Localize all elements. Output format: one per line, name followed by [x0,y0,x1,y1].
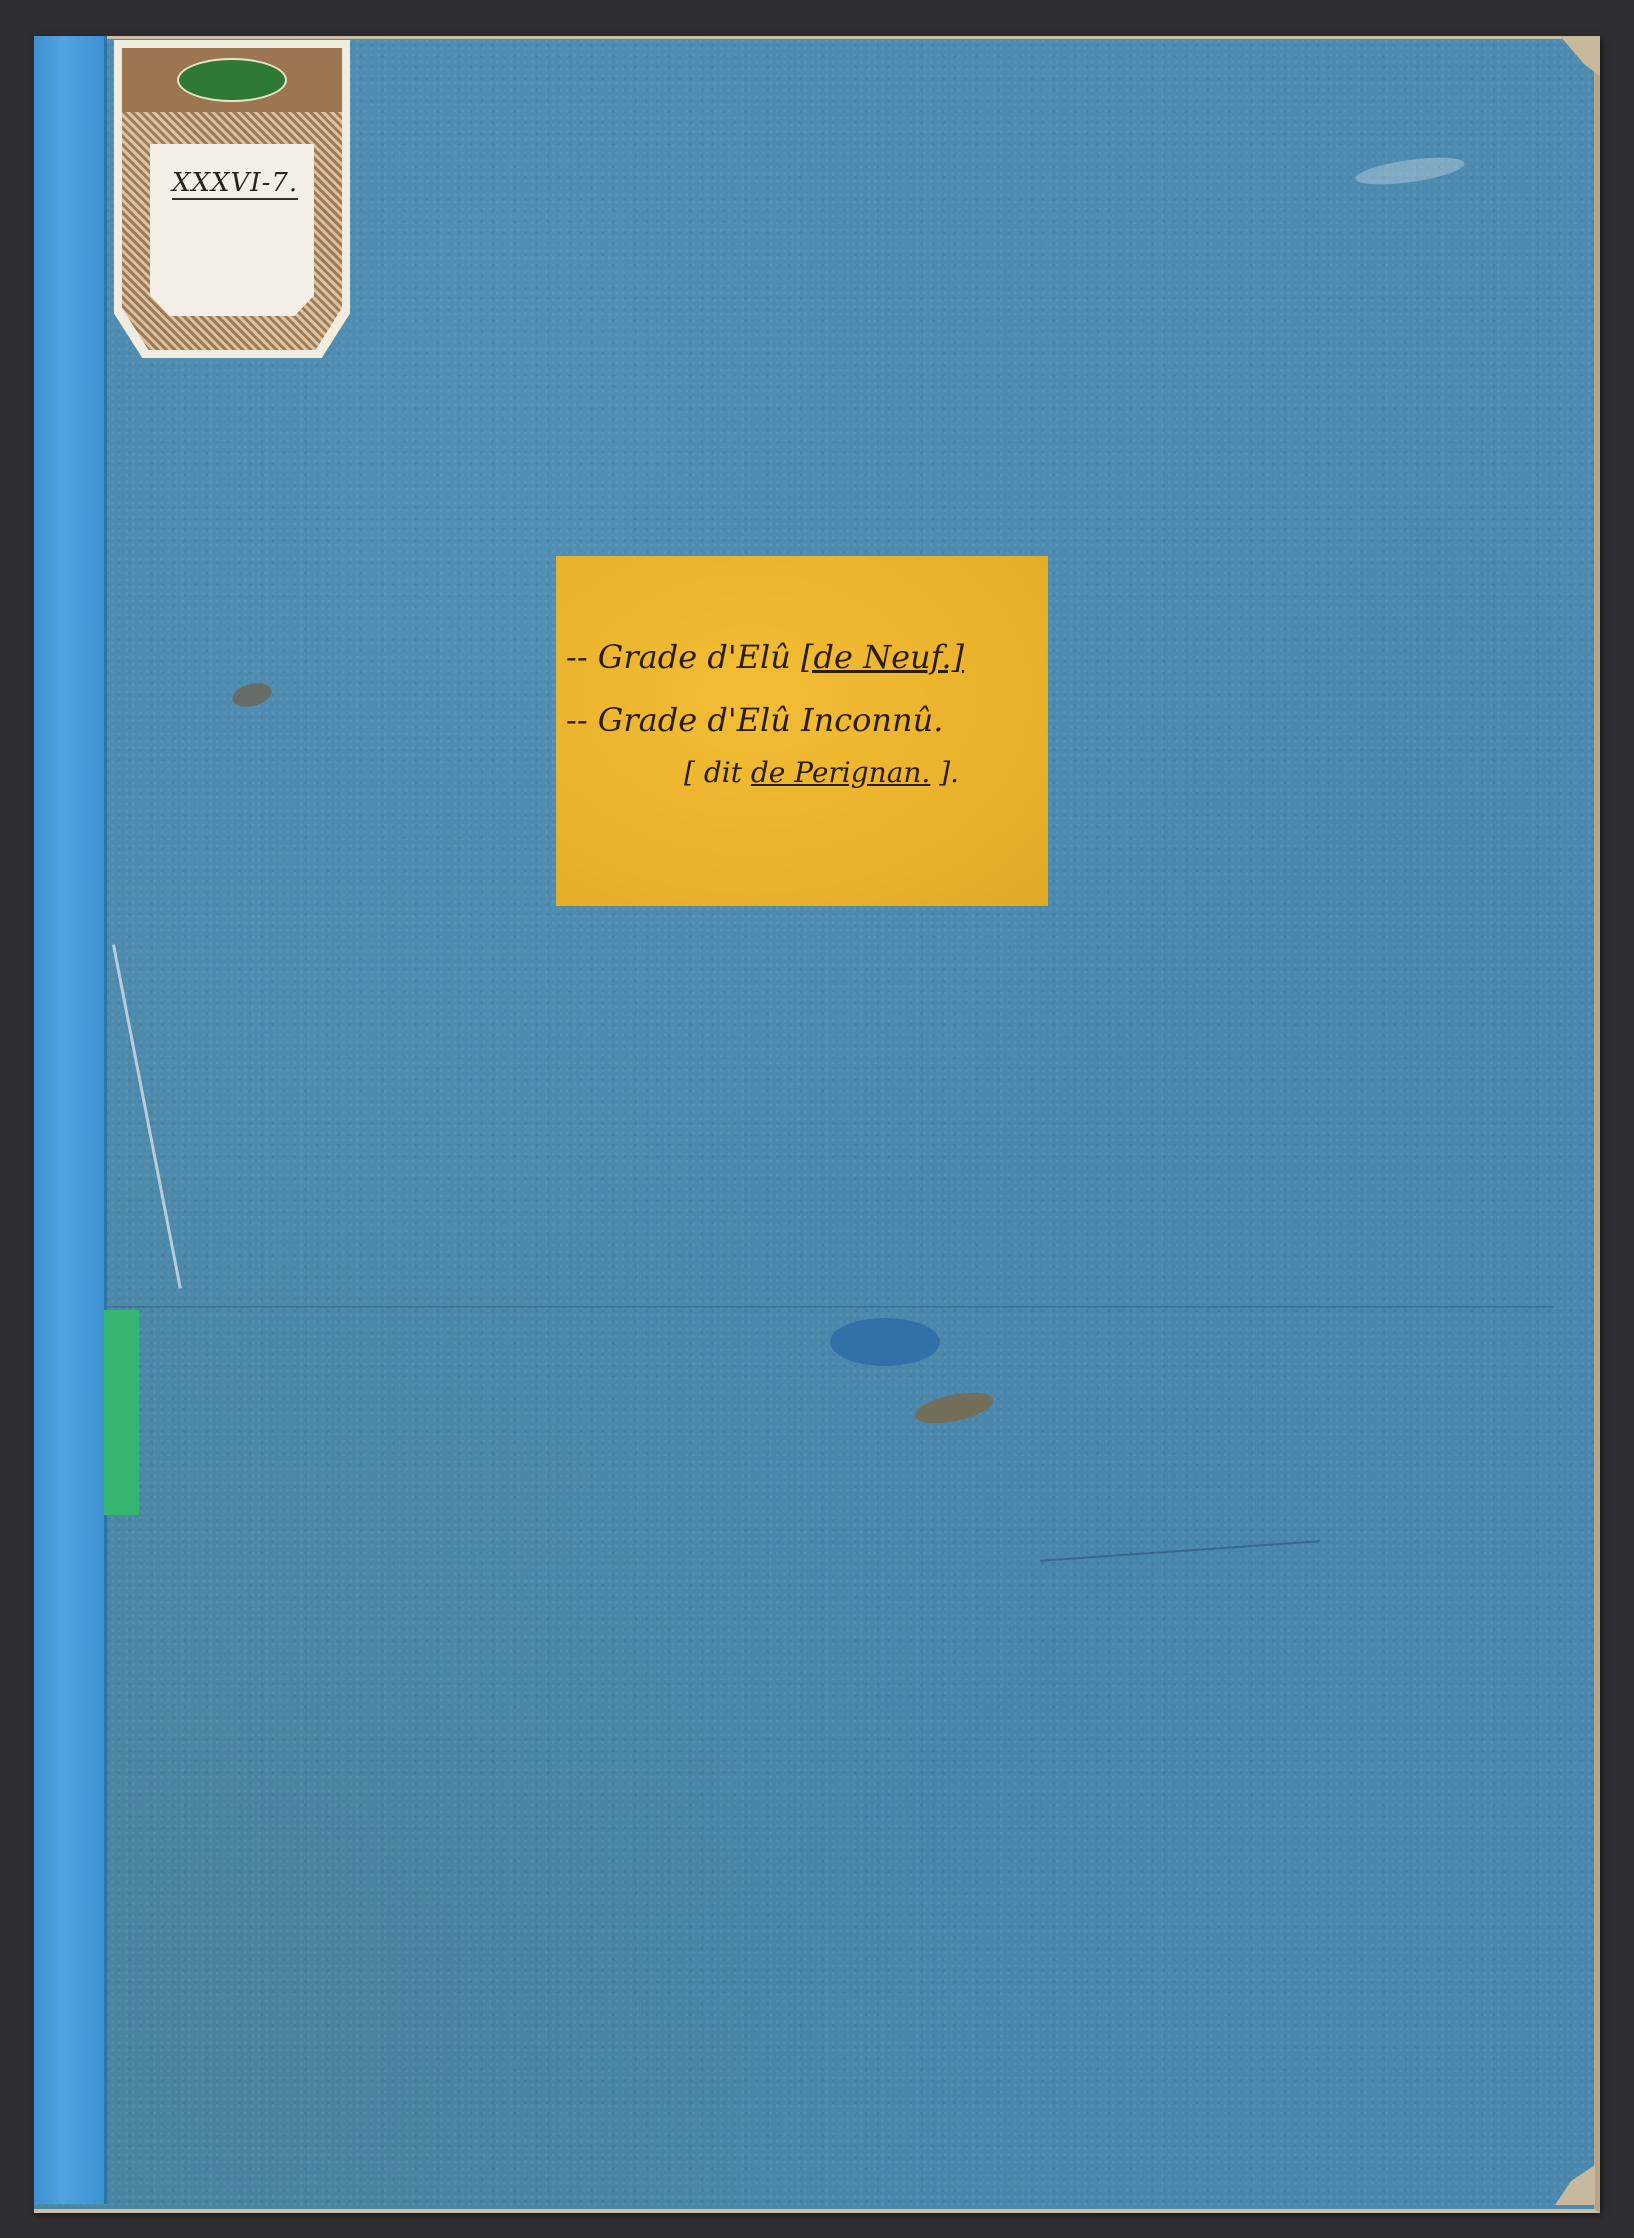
title-line-3: [ dit de Perignan. ]. [684,756,959,789]
line-dash: -- [566,638,598,676]
spine-tape [34,36,107,2204]
folder-cover [34,36,1600,2213]
green-oval-emblem [177,58,287,102]
title-label: -- Grade d'Elû [de Neuf.] -- Grade d'Elû… [556,556,1048,906]
catalogue-label-frame: XXXVI-7. [122,48,342,350]
subtitle-prefix: [ dit [684,756,751,789]
fold-line [104,1306,1554,1308]
green-marker-tab [104,1310,139,1515]
title-text: Grade d'Elû Inconnû. [598,701,944,739]
ornamental-header [122,48,342,112]
title-annotation: [de Neuf.] [801,638,964,676]
ink-stain-blue [830,1318,940,1366]
catalogue-label: XXXVI-7. [114,40,350,358]
catalogue-number: XXXVI-7. [172,168,298,200]
subtitle-text: de Perignan. [751,756,930,789]
title-line-2: -- Grade d'Elû Inconnû. [566,701,943,739]
line-dash: -- [566,701,598,739]
catalogue-label-field: XXXVI-7. [150,144,314,316]
title-text: Grade d'Elû [598,638,801,676]
subtitle-suffix: ]. [930,756,959,789]
title-line-1: -- Grade d'Elû [de Neuf.] [566,638,964,676]
